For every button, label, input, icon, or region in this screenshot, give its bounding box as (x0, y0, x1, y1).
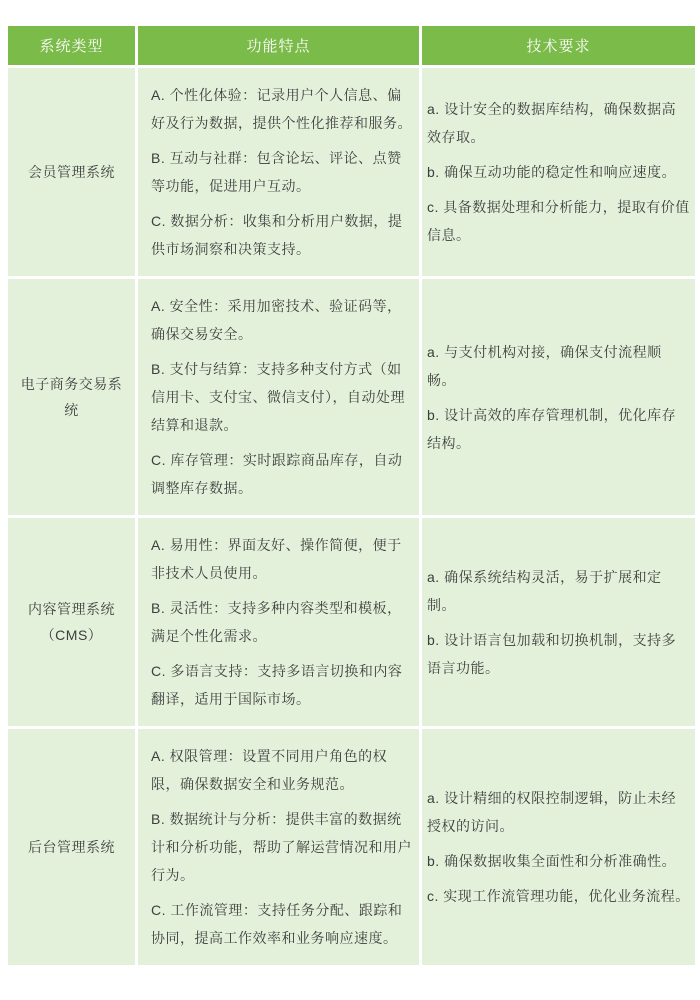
feature-item: A. 易用性：界面友好、操作简便，便于非技术人员使用。 (151, 531, 413, 587)
system-type-cell: 会员管理系统 (7, 67, 137, 278)
document-page: 系统类型 功能特点 技术要求 会员管理系统A. 个性化体验：记录用户个人信息、偏… (0, 0, 700, 968)
requirement-item: b. 确保数据收集全面性和分析准确性。 (427, 847, 690, 875)
column-header-features: 功能特点 (137, 25, 421, 67)
column-header-requirements: 技术要求 (421, 25, 697, 67)
features-cell: A. 权限管理：设置不同用户角色的权限，确保数据安全和业务规范。B. 数据统计与… (137, 728, 421, 967)
feature-item: C. 工作流管理：支持任务分配、跟踪和协同，提高工作效率和业务响应速度。 (151, 896, 413, 952)
requirement-item: a. 设计精细的权限控制逻辑，防止未经授权的访问。 (427, 784, 690, 840)
features-cell: A. 个性化体验：记录用户个人信息、偏好及行为数据，提供个性化推荐和服务。B. … (137, 67, 421, 278)
requirement-item: c. 实现工作流管理功能，优化业务流程。 (427, 882, 690, 910)
column-header-system-type: 系统类型 (7, 25, 137, 67)
feature-item: A. 权限管理：设置不同用户角色的权限，确保数据安全和业务规范。 (151, 742, 413, 798)
feature-item: C. 库存管理：实时跟踪商品库存，自动调整库存数据。 (151, 446, 413, 502)
feature-item: B. 灵活性：支持多种内容类型和模板，满足个性化需求。 (151, 594, 413, 650)
requirements-cell: a. 设计安全的数据库结构，确保数据高效存取。b. 确保互动功能的稳定性和响应速… (421, 67, 697, 278)
feature-item: C. 数据分析：收集和分析用户数据，提供市场洞察和决策支持。 (151, 207, 413, 263)
system-type-cell: 后台管理系统 (7, 728, 137, 967)
systems-comparison-table: 系统类型 功能特点 技术要求 会员管理系统A. 个性化体验：记录用户个人信息、偏… (5, 23, 698, 968)
feature-item: B. 支付与结算：支持多种支付方式（如信用卡、支付宝、微信支付），自动处理结算和… (151, 355, 413, 439)
requirement-item: b. 设计语言包加载和切换机制，支持多语言功能。 (427, 626, 690, 682)
features-cell: A. 易用性：界面友好、操作简便，便于非技术人员使用。B. 灵活性：支持多种内容… (137, 517, 421, 728)
header-row: 系统类型 功能特点 技术要求 (7, 25, 697, 67)
requirement-item: b. 设计高效的库存管理机制，优化库存结构。 (427, 401, 690, 457)
table-row: 会员管理系统A. 个性化体验：记录用户个人信息、偏好及行为数据，提供个性化推荐和… (7, 67, 697, 278)
requirements-cell: a. 与支付机构对接，确保支付流程顺畅。b. 设计高效的库存管理机制，优化库存结… (421, 278, 697, 517)
requirements-cell: a. 设计精细的权限控制逻辑，防止未经授权的访问。b. 确保数据收集全面性和分析… (421, 728, 697, 967)
feature-item: C. 多语言支持：支持多语言切换和内容翻译，适用于国际市场。 (151, 657, 413, 713)
requirement-item: b. 确保互动功能的稳定性和响应速度。 (427, 158, 690, 186)
requirements-cell: a. 确保系统结构灵活，易于扩展和定制。b. 设计语言包加载和切换机制，支持多语… (421, 517, 697, 728)
requirement-item: a. 设计安全的数据库结构，确保数据高效存取。 (427, 95, 690, 151)
table-row: 后台管理系统A. 权限管理：设置不同用户角色的权限，确保数据安全和业务规范。B.… (7, 728, 697, 967)
table-row: 电子商务交易系统A. 安全性：采用加密技术、验证码等，确保交易安全。B. 支付与… (7, 278, 697, 517)
system-type-cell: 内容管理系统（CMS） (7, 517, 137, 728)
feature-item: A. 个性化体验：记录用户个人信息、偏好及行为数据，提供个性化推荐和服务。 (151, 81, 413, 137)
requirement-item: a. 确保系统结构灵活，易于扩展和定制。 (427, 563, 690, 619)
system-type-cell: 电子商务交易系统 (7, 278, 137, 517)
requirement-item: c. 具备数据处理和分析能力，提取有价值信息。 (427, 193, 690, 249)
requirement-item: a. 与支付机构对接，确保支付流程顺畅。 (427, 338, 690, 394)
feature-item: B. 互动与社群：包含论坛、评论、点赞等功能，促进用户互动。 (151, 144, 413, 200)
feature-item: A. 安全性：采用加密技术、验证码等，确保交易安全。 (151, 292, 413, 348)
table-row: 内容管理系统（CMS）A. 易用性：界面友好、操作简便，便于非技术人员使用。B.… (7, 517, 697, 728)
feature-item: B. 数据统计与分析：提供丰富的数据统计和分析功能，帮助了解运营情况和用户行为。 (151, 805, 413, 889)
features-cell: A. 安全性：采用加密技术、验证码等，确保交易安全。B. 支付与结算：支持多种支… (137, 278, 421, 517)
